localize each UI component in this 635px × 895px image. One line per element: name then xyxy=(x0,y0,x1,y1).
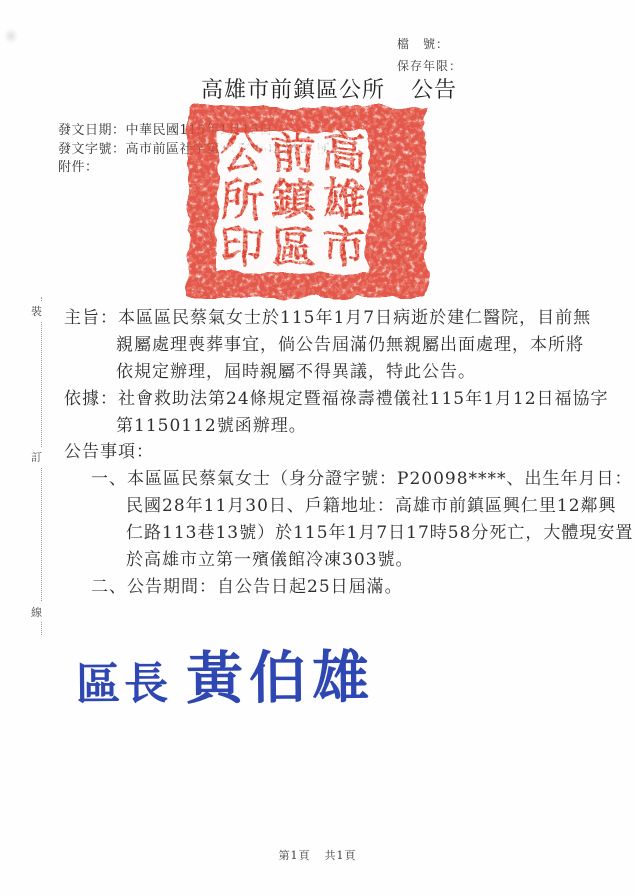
item-1-line: 仁路113巷13號）於115年1月7日17時58分死亡，大體現安置 xyxy=(126,520,635,547)
doc-no-label: 發文字號： xyxy=(58,142,126,157)
attachment-label: 附件： xyxy=(58,160,99,175)
item-1-line: 於高雄市立第一殯儀館冷凍303號。 xyxy=(126,547,635,574)
basis-line: 依據：社會救助法第24條規定暨福祿壽禮儀社115年1月12日福協字 xyxy=(64,386,635,413)
signature-title: 區長 xyxy=(76,647,173,712)
file-info-block: 檔 號： 保存年限： xyxy=(397,33,462,77)
document-meta: 發文日期：中華民國115年1月15日 發文字號：高市前區社字第115300994… xyxy=(58,122,330,178)
file-no-label: 檔 號： xyxy=(397,33,462,55)
attachment-line: 附件： xyxy=(58,159,330,178)
issue-date-line: 發文日期：中華民國115年1月15日 xyxy=(58,122,330,141)
item-1-line: 民國28年11月30日、戶籍地址：高雄市前鎮區興仁里12鄰興 xyxy=(126,493,635,520)
issue-date-label: 發文日期： xyxy=(58,123,126,138)
item-2-line: 二、公告期間：自公告日起25日屆滿。 xyxy=(91,574,635,601)
footer-page-number: 第1頁 xyxy=(279,849,311,862)
seal-char: 區 xyxy=(272,223,315,273)
subject-line: 主旨：本區區民蔡氣女士於115年1月7日病逝於建仁醫院，目前無 xyxy=(64,305,635,332)
district-chief-signature: 區長 黃伯雄 xyxy=(76,632,376,717)
basis-line: 第1150112號函辦理。 xyxy=(116,413,635,440)
binding-mark-xian: 線 xyxy=(31,602,42,622)
signature-name: 黃伯雄 xyxy=(186,632,376,716)
document-page: 檔 號： 保存年限： 高雄市前鎮區公所公告 發文日期：中華民國115年1月15日… xyxy=(0,0,635,895)
subject-line: 依規定辦理，屆時親屬不得異議，特此公告。 xyxy=(116,359,635,386)
doc-type: 公告 xyxy=(411,78,457,103)
footer-total-pages: 共1頁 xyxy=(325,849,357,862)
seal-char: 印 xyxy=(221,223,264,273)
announcement-body: 主旨：本區區民蔡氣女士於115年1月7日病逝於建仁醫院，目前無 親屬處理喪葬事宜… xyxy=(0,305,635,601)
seal-char: 市 xyxy=(323,223,366,273)
seal-char: 所 xyxy=(221,176,264,226)
seal-char: 雄 xyxy=(323,176,366,226)
seal-char: 鎮 xyxy=(272,176,317,226)
items-heading: 公告事項： xyxy=(64,439,635,466)
org-name: 高雄市前鎮區公所 xyxy=(201,78,385,103)
doc-no-value: 高市前區社字第11530099401號 xyxy=(126,142,330,157)
page-footer: 第1頁共1頁 xyxy=(0,847,635,863)
doc-no-line: 發文字號：高市前區社字第11530099401號 xyxy=(58,141,330,160)
issue-date-value: 中華民國115年1月15日 xyxy=(126,123,273,138)
subject-line: 親屬處理喪葬事宜，倘公告屆滿仍無親屬出面處理，本所將 xyxy=(116,332,635,359)
item-1-line: 一、本區區民蔡氣女士（身分證字號：P20098****、出生年月日： xyxy=(91,466,635,493)
scan-artifact xyxy=(4,28,18,44)
page-title: 高雄市前鎮區公所公告 xyxy=(201,73,457,104)
